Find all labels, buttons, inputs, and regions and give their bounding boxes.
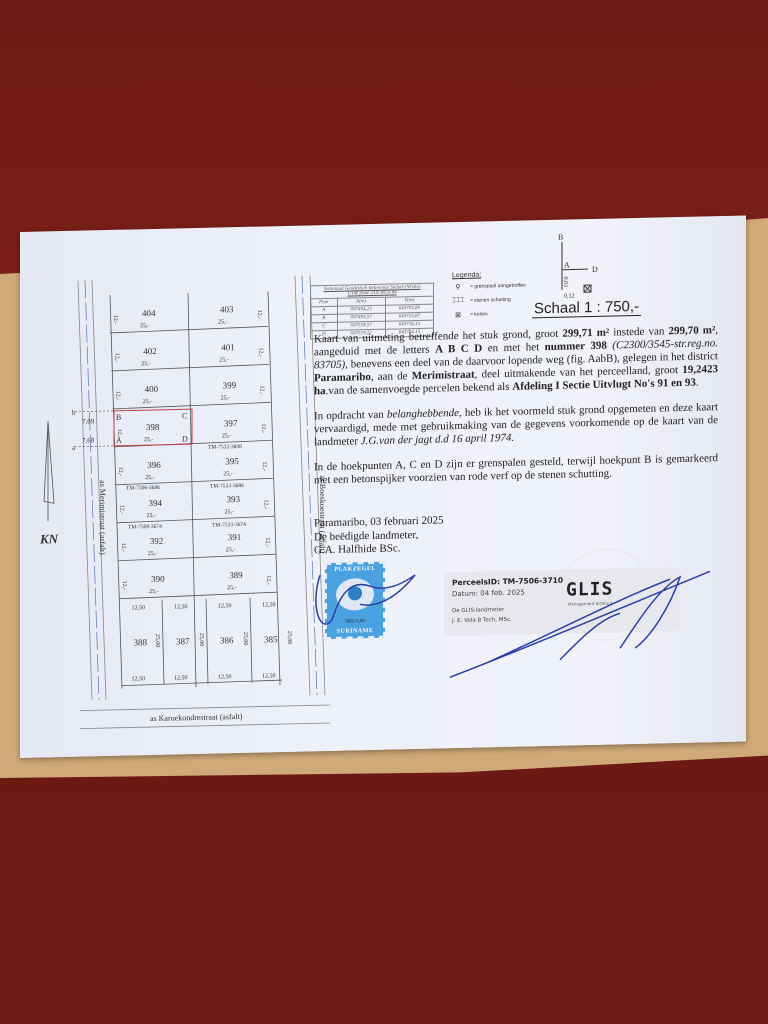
legend: Legenda: ⚲= grenspaal aangetroffen⌶⌶⌶= s… [452,271,526,326]
svg-text:25,00: 25,00 [242,632,248,646]
survey-map-document: 40440325,-25,-12,-12,-40240125,-25,-12,-… [20,216,746,758]
svg-text:392: 392 [150,536,163,546]
svg-text:396: 396 [147,460,161,470]
svg-text:397: 397 [224,418,238,428]
scale-label: Schaal 1 : 750,- [532,298,641,318]
svg-text:12,50: 12,50 [218,674,231,680]
paragraph-description: Kaart van uitmeting betreffende het stuk… [314,324,718,398]
svg-text:25,-: 25,- [219,357,228,363]
coat-of-arms-icon [336,578,374,611]
perceel-id: PerceelsID: TM-7506-3710 [452,576,563,588]
legend-item: ⌶⌶⌶= stenen schutting [452,296,526,306]
svg-text:12,-: 12,- [120,543,126,553]
svg-text:D: D [592,265,598,274]
svg-text:386: 386 [220,635,234,645]
svg-text:399: 399 [223,380,237,390]
svg-text:25,-: 25,- [144,437,153,443]
svg-text:b: b [72,409,76,417]
svg-text:12,-: 12,- [265,575,271,585]
svg-text:25,-: 25,- [149,589,158,595]
svg-text:12,50: 12,50 [132,676,145,682]
svg-text:C: C [182,411,187,420]
glis-logo-subtitle: Management Instituut [568,601,612,607]
svg-text:385: 385 [264,634,278,644]
svg-text:TM-7508-3674: TM-7508-3674 [128,524,162,531]
glis-label: PerceelsID: TM-7506-3710 Datum: 04 feb. … [444,567,680,636]
svg-text:25,-: 25,- [141,361,150,367]
svg-text:B: B [558,233,563,242]
svg-text:12,50: 12,50 [262,602,275,608]
glis-date: Datum: 04 feb. 2025 [452,589,525,599]
svg-text:as Karoekondrestraat (asfalt): as Karoekondrestraat (asfalt) [150,712,243,723]
surveyor-name: G.A. Halfhide BSc. [314,541,444,557]
svg-text:12,50: 12,50 [262,673,275,679]
svg-text:12,-: 12,- [256,310,262,320]
svg-text:393: 393 [226,494,240,504]
revenue-stamp: PLAKZEGEL SRD 5,00 SURINAME [325,562,385,639]
svg-text:12,50: 12,50 [218,603,231,609]
glis-role: De GLIS-landmeter [452,607,504,614]
svg-text:25,-: 25,- [148,551,157,557]
svg-text:TM-7533-3686: TM-7533-3686 [210,483,244,490]
column-icon: ⊠ [452,311,464,319]
svg-text:25,-: 25,- [222,433,231,439]
glis-name: J. E. Vola B Tech, MSc. [452,617,512,624]
svg-text:12,50: 12,50 [174,675,187,681]
svg-text:a: a [72,444,76,452]
svg-text:TM-7506-3686: TM-7506-3686 [126,485,160,492]
svg-text:12,-: 12,- [112,315,118,325]
svg-text:25,-: 25,- [147,513,156,519]
svg-text:403: 403 [220,304,234,314]
svg-text:TM-7533-3674: TM-7533-3674 [212,522,246,529]
svg-text:25,-: 25,- [145,475,154,481]
svg-text:12,-: 12,- [113,353,119,363]
svg-text:25,00: 25,00 [286,631,292,645]
legend-item: ⚲= grenspaal aangetroffen [452,282,526,292]
svg-text:394: 394 [149,498,163,508]
svg-text:7,68: 7,68 [82,436,95,444]
svg-text:402: 402 [143,346,156,356]
svg-text:25,-: 25,- [223,471,232,477]
svg-text:25,-: 25,- [227,585,236,591]
svg-text:12,-: 12,- [261,461,267,471]
svg-text:25,00: 25,00 [154,634,160,648]
svg-text:25,00: 25,00 [198,633,204,647]
signature-block: Paramaribo, 03 februari 2025 De beëdigde… [314,514,444,557]
paragraph-markers: In de hoekpunten A, C en D zijn er grens… [314,452,718,487]
svg-text:25,-: 25,- [226,547,235,553]
svg-text:25,-: 25,- [221,395,230,401]
svg-text:12,-: 12,- [119,505,125,515]
svg-text:25,-: 25,- [143,399,152,405]
svg-text:404: 404 [142,308,156,318]
svg-text:12,-: 12,- [115,391,121,401]
svg-text:395: 395 [225,456,239,466]
svg-text:12,-: 12,- [260,423,266,433]
svg-text:12,50: 12,50 [132,605,145,611]
svg-text:12,-: 12,- [117,467,123,477]
svg-text:as Merimistraat (asfalt): as Merimistraat (asfalt) [98,480,107,555]
svg-text:12,-: 12,- [121,581,127,591]
north-label: KN [40,531,58,547]
svg-text:12,-: 12,- [259,385,265,395]
svg-text:7,69: 7,69 [82,417,95,425]
svg-text:TM-7532-3698: TM-7532-3698 [208,444,242,451]
svg-text:400: 400 [145,384,159,394]
svg-text:25,-: 25,- [225,509,234,515]
glis-logo: GLIS [566,579,613,601]
svg-text:391: 391 [228,532,241,542]
svg-text:389: 389 [229,570,243,580]
svg-text:12,-: 12,- [263,499,269,509]
svg-text:25,-: 25,- [218,319,227,325]
svg-text:398: 398 [146,422,160,432]
description-text: Kaart van uitmeting betreffende het stuk… [314,324,718,499]
legend-title: Legenda: [452,271,526,280]
svg-text:388: 388 [134,637,148,647]
paragraph-commission: In opdracht van belanghebbende, heb ik h… [314,401,718,449]
svg-text:25,-: 25,- [140,323,149,329]
svg-text:12,50: 12,50 [174,604,187,610]
svg-text:12,-: 12,- [257,347,263,357]
svg-text:387: 387 [176,636,190,646]
svg-text:D: D [182,434,188,443]
svg-text:A: A [564,261,570,270]
boundary-post-icon: ⚲ [452,283,464,291]
svg-text:401: 401 [221,342,234,352]
svg-text:390: 390 [151,574,165,584]
legend-item: ⊠= kolom [452,310,526,320]
stone-fence-icon: ⌶⌶⌶ [452,297,464,305]
corner-detail-figure: B A D 0,03 0,12 [548,230,618,302]
svg-text:B: B [116,413,121,422]
svg-text:0,03: 0,03 [562,277,568,288]
svg-text:A: A [116,436,122,445]
svg-text:12,-: 12,- [264,537,270,547]
